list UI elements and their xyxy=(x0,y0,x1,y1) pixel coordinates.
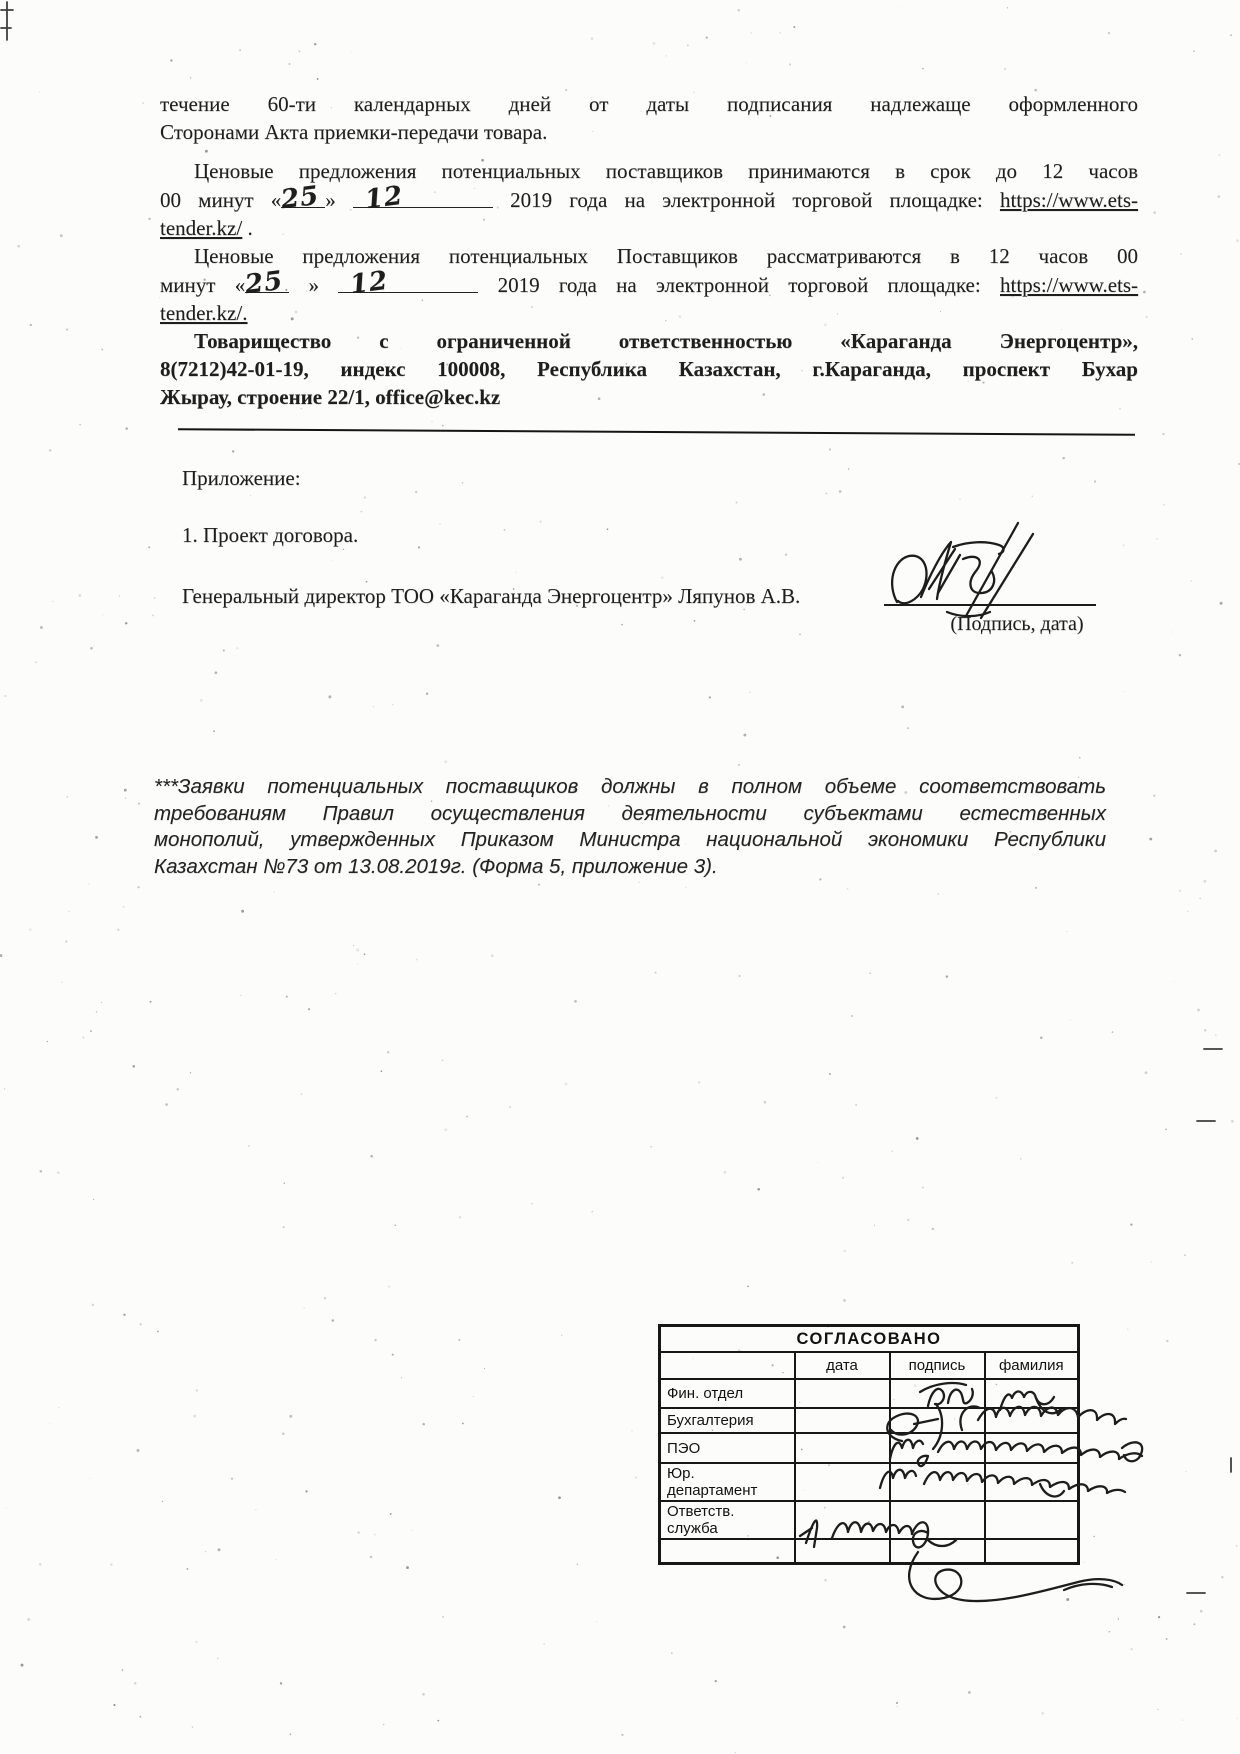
signature-underline xyxy=(884,604,1096,606)
footnote-line3: монополий, утвержденных Приказом Министр… xyxy=(154,827,1106,854)
line-text: . xyxy=(242,216,253,240)
cell-empty xyxy=(795,1379,890,1408)
paragraph2-line2: 00 минут «25» 12 2019 года на электронно… xyxy=(160,185,1138,214)
company-line3: Жырау, строение 22/1, office@kec.kz xyxy=(160,383,1138,411)
corner-mark xyxy=(1,2,13,40)
approval-table-title: СОГЛАСОВАНО xyxy=(660,1326,1079,1353)
row-label-yur-departament: Юр. департамент xyxy=(660,1463,795,1501)
cell-empty xyxy=(890,1539,985,1564)
line-text: 00 минут « xyxy=(160,188,281,212)
appendix-item: 1. Проект договора. xyxy=(182,521,358,549)
url-text: https://www.ets- xyxy=(1000,188,1138,212)
line-text: » xyxy=(325,188,336,212)
cell-empty xyxy=(985,1501,1079,1539)
cell-empty xyxy=(795,1539,890,1564)
cell-empty xyxy=(660,1539,795,1564)
cell-empty xyxy=(985,1539,1079,1564)
col-header-date: дата xyxy=(795,1352,890,1379)
separator-rule xyxy=(178,428,1135,436)
row-label-buhgalteria: Бухгалтерия xyxy=(660,1408,795,1433)
paragraph1-line2: Сторонами Акта приемки-передачи товара. xyxy=(160,118,1138,146)
col-header-surname: фамилия xyxy=(985,1352,1079,1379)
scanned-document-page: течение 60-ти календарных дней от даты п… xyxy=(0,0,1240,1754)
line-text: 2019 года на электронной торговой площад… xyxy=(510,188,983,212)
cell-empty xyxy=(890,1463,985,1501)
url-text: https://www.ets- xyxy=(1000,273,1138,297)
footnote-block: ***Заявки потенциальных поставщиков долж… xyxy=(154,774,1106,880)
handwritten-day: 25 xyxy=(280,182,321,214)
paragraph2-line3: tender.kz/ . xyxy=(160,214,1138,242)
cell-empty xyxy=(890,1501,985,1539)
director-line: Генеральный директор ТОО «Караганда Энер… xyxy=(182,582,800,610)
paragraph3-line2: минут «25 » 12 2019 года на электронной … xyxy=(160,270,1138,299)
signature-scribble xyxy=(1122,1442,1142,1461)
col-header-signature: подпись xyxy=(890,1352,985,1379)
handwritten-month-blank: 12 xyxy=(353,185,493,208)
url-text: tender.kz/. xyxy=(160,301,247,325)
paragraph3-line3: tender.kz/. xyxy=(160,299,1138,327)
cell-empty xyxy=(890,1379,985,1408)
signature-scribble xyxy=(963,557,994,593)
line-text: 2019 года на электронной торговой площад… xyxy=(498,273,981,297)
cell-empty xyxy=(890,1433,985,1463)
body-text-block: течение 60-ти календарных дней от даты п… xyxy=(160,90,1138,411)
line-text: минут « xyxy=(160,273,245,297)
cell-empty xyxy=(795,1433,890,1463)
footnote-line4: Казахстан №73 от 13.08.2019г. (Форма 5, … xyxy=(154,854,1106,881)
signature-scribble xyxy=(921,542,951,599)
cell-empty xyxy=(795,1408,890,1433)
row-label-fin-otdel: Фин. отдел xyxy=(660,1379,795,1408)
paragraph1-line1: течение 60-ти календарных дней от даты п… xyxy=(160,90,1138,118)
cell-empty xyxy=(985,1433,1079,1463)
handwritten-day-blank: 25 xyxy=(245,270,289,293)
company-line2: 8(7212)42-01-19, индекс 100008, Республи… xyxy=(160,355,1138,383)
cell-empty xyxy=(795,1463,890,1501)
footnote-line2: требованиям Правил осуществления деятель… xyxy=(154,801,1106,828)
handwritten-month: 12 xyxy=(349,267,390,299)
paragraph3-line1: Ценовые предложения потенциальных Постав… xyxy=(160,242,1138,270)
row-label-peo: ПЭО xyxy=(660,1433,795,1463)
company-line1: Товарищество с ограниченной ответственно… xyxy=(160,327,1138,355)
col-header-empty xyxy=(660,1352,795,1379)
approval-table: СОГЛАСОВАНО дата подпись фамилия Фин. от… xyxy=(658,1324,1080,1565)
appendix-title: Приложение: xyxy=(182,464,301,492)
handwritten-month-blank: 12 xyxy=(338,270,478,293)
handwritten-month: 12 xyxy=(363,182,404,214)
paragraph2-line1: Ценовые предложения потенциальных постав… xyxy=(160,157,1138,185)
cell-empty xyxy=(890,1408,985,1433)
cell-empty xyxy=(985,1408,1079,1433)
url-text: tender.kz/ xyxy=(160,216,242,240)
handwritten-day: 25 xyxy=(244,267,285,299)
signature-caption: (Подпись, дата) xyxy=(926,610,1108,638)
cell-empty xyxy=(985,1463,1079,1501)
row-label-otvetstv-sluzhba: Ответств. служба xyxy=(660,1501,795,1539)
signature-scribble xyxy=(1064,1584,1112,1590)
footnote-line1: ***Заявки потенциальных поставщиков долж… xyxy=(154,774,1106,801)
signature-scribble xyxy=(953,542,1004,554)
signature-scribble xyxy=(929,549,960,593)
signature-scribble xyxy=(892,556,926,604)
handwritten-day-blank: 25 xyxy=(281,185,325,208)
line-text: » xyxy=(289,273,319,297)
cell-empty xyxy=(985,1379,1079,1408)
cell-empty xyxy=(795,1501,890,1539)
